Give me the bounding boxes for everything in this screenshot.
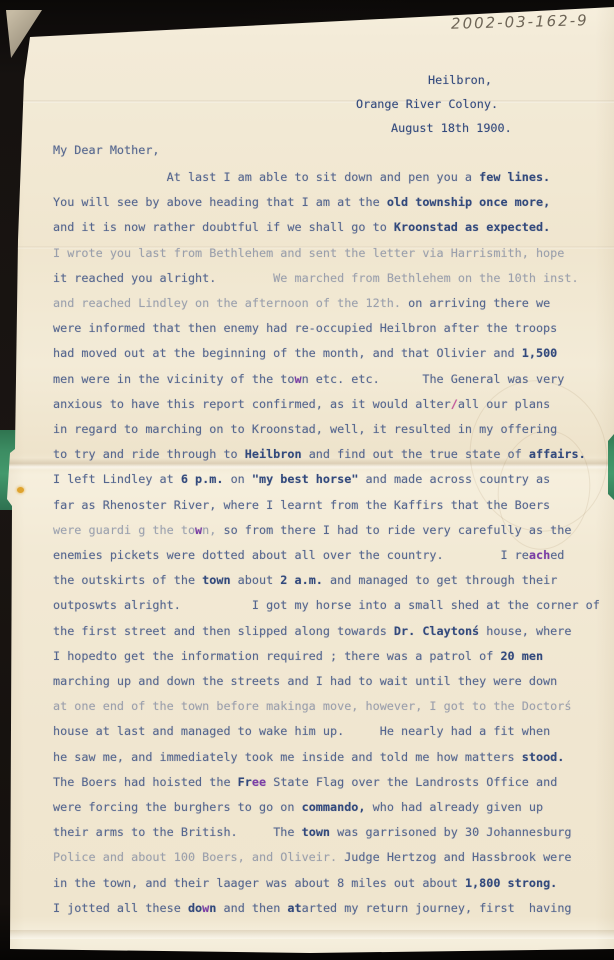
letter-line: You will see by above heading that I am … [53, 190, 600, 215]
letter-line: The Boers had hoisted the Free State Fla… [53, 770, 600, 795]
letter-line: to try and ride through to Heilbron and … [53, 442, 600, 467]
letter-line: were guardi g the town, so from there I … [53, 518, 600, 543]
letter-line: in regard to marching on to Kroonstad, w… [53, 417, 600, 442]
letter-line: were informed that then enemy had re-occ… [53, 316, 600, 341]
letter-line: were forcing the burghers to go on comma… [53, 795, 600, 820]
letter-line: I wrote you last from Bethlehem and sent… [53, 241, 600, 266]
letter-line: far as Rhenoster River, where I learnt f… [53, 493, 600, 518]
letter-line: at one end of the town before makinga mo… [53, 694, 600, 719]
letter-line: Police and about 100 Boers, and Oliveir.… [53, 845, 600, 870]
letter-line: the first street and then slipped along … [53, 619, 600, 644]
letter-line: their arms to the British. The town was … [53, 820, 600, 845]
archive-reference-number: 2002-03-162-9 [451, 11, 589, 33]
letter-line: marching up and down the streets and I h… [53, 669, 600, 694]
heading-line: August 18th 1900. [391, 120, 512, 136]
letter-line: he saw me, and immediately took me insid… [53, 745, 600, 770]
photo-frame: 2002-03-162-9 Heilbron,Orange River Colo… [0, 0, 614, 960]
letter-line: I left Lindley at 6 p.m. on "my best hor… [53, 467, 600, 492]
letter-body: At last I am able to sit down and pen yo… [53, 165, 600, 921]
letter-line: I jotted all these down and then atarted… [53, 896, 600, 921]
letter-line: I hopedto get the information required ;… [53, 644, 600, 669]
letter-line: in the town, and their laager was about … [53, 871, 600, 896]
letter-line: anxious to have this report confirmed, a… [53, 392, 600, 417]
letter-line: it reached you alright. We marched from … [53, 266, 600, 291]
letter-text: 2002-03-162-9 Heilbron,Orange River Colo… [0, 0, 614, 960]
letter-line: enemies pickets were dotted about all ov… [53, 543, 600, 568]
letter-line: and it is now rather doubtful if we shal… [53, 215, 600, 240]
letter-line: had moved out at the beginning of the mo… [53, 341, 600, 366]
letter-line: outposwts alright. I got my horse into a… [53, 593, 600, 618]
letter-line: house at last and managed to wake him up… [53, 719, 600, 744]
salutation: My Dear Mother, [53, 142, 160, 158]
letter-line: the outskirts of the town about 2 a.m. a… [53, 568, 600, 593]
letter-line: and reached Lindley on the afternoon of … [53, 291, 600, 316]
heading-line: Heilbron, [428, 72, 492, 88]
letter-line: At last I am able to sit down and pen yo… [53, 165, 600, 190]
letter-line: men were in the vicinity of the town etc… [53, 367, 600, 392]
heading-line: Orange River Colony. [356, 96, 498, 112]
